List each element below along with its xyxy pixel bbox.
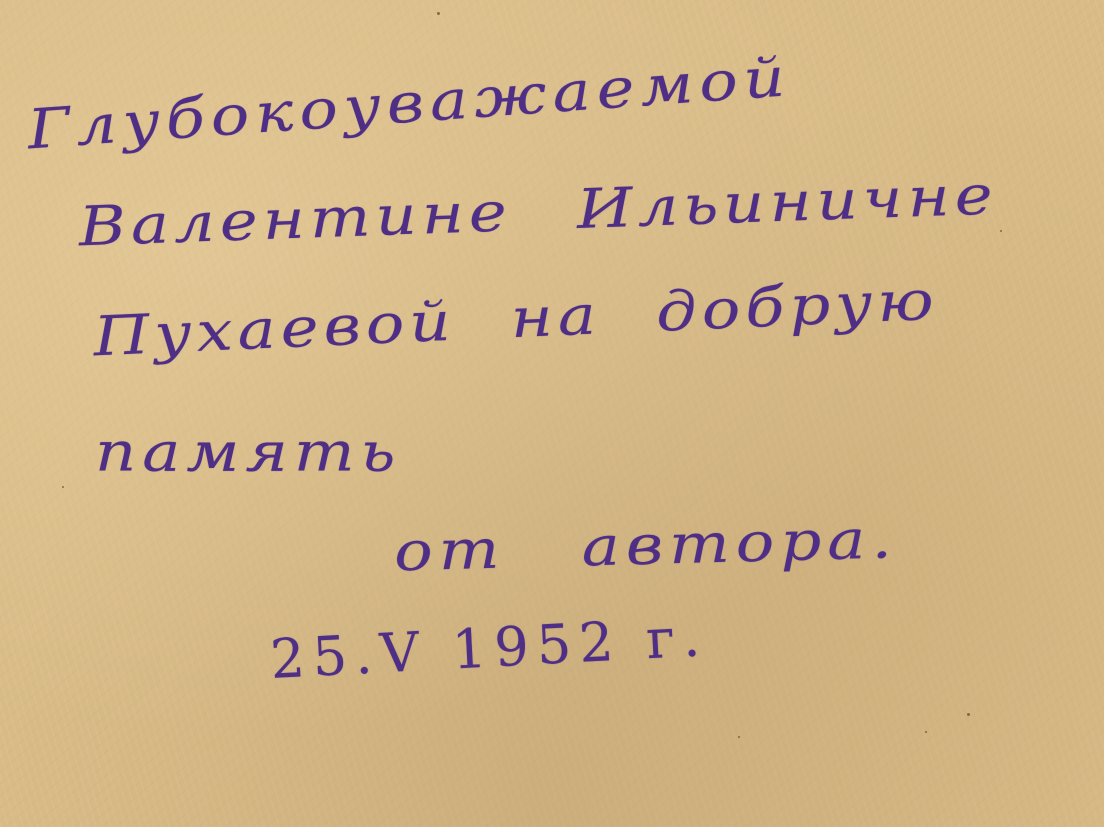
aged-paper-page: Глубокоуважаемой Валентине Ильиничне Пух… xyxy=(0,0,1104,827)
inscription-line-from-author: от автора. xyxy=(393,508,898,584)
paper-speck xyxy=(925,731,927,733)
paper-speck xyxy=(437,12,440,15)
inscription-line-memory: память xyxy=(95,421,401,484)
paper-speck xyxy=(738,736,740,738)
inscription-line-surname: Пухаевой на добрую xyxy=(92,269,940,369)
paper-speck xyxy=(62,486,64,488)
paper-speck xyxy=(967,713,970,716)
inscription-date: 25.V 1952 г. xyxy=(269,605,710,691)
inscription-line-salutation: Глубокоуважаемой xyxy=(26,46,793,162)
paper-speck xyxy=(1000,230,1002,232)
inscription-line-recipient-name: Валентине Ильиничне xyxy=(78,164,999,259)
